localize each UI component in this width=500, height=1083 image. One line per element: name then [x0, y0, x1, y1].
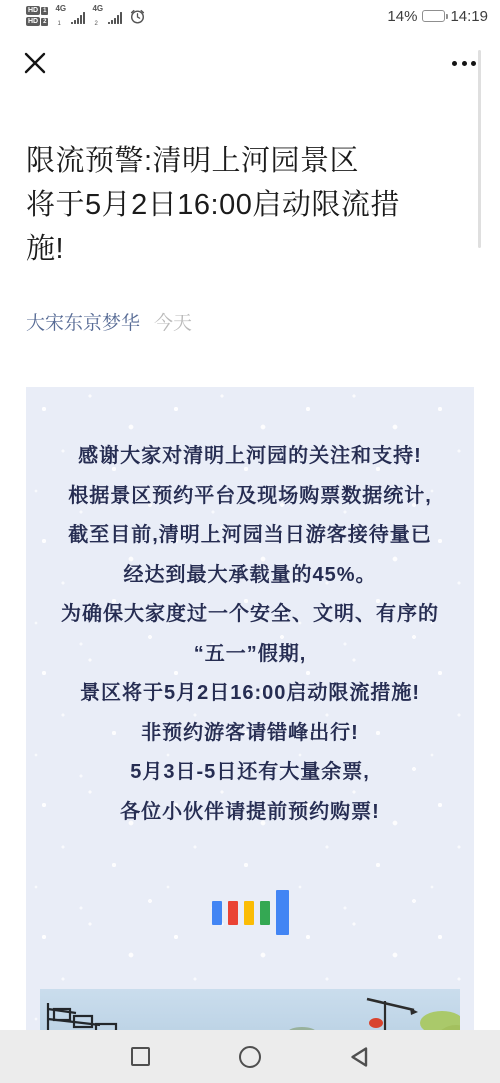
more-icon — [452, 61, 457, 66]
hd-volte-icons: HD 1 HD 2 — [26, 6, 48, 26]
hd-icon-sim1: HD 1 — [26, 6, 48, 15]
hd-sim-number: 2 — [41, 18, 48, 26]
publish-date: 今天 — [154, 308, 192, 335]
status-bar: HD 1 HD 2 4G 1 4G 2 — [0, 0, 500, 32]
notice-line: 根据景区预约平台及现场购票数据统计, — [40, 477, 460, 517]
battery-icon — [422, 10, 445, 22]
close-icon — [22, 50, 48, 76]
loading-bar — [260, 901, 270, 925]
network-type-label: 4G — [55, 5, 66, 13]
notice-line: 截至目前,清明上河园当日游客接待量已 — [40, 516, 460, 556]
loading-bar — [244, 901, 254, 925]
hd-label: HD — [26, 6, 40, 15]
notice-card: 感谢大家对清明上河园的关注和支持! 根据景区预约平台及现场购票数据统计, 截至目… — [26, 387, 474, 1083]
back-triangle-icon — [348, 1045, 372, 1069]
nav-back-button[interactable] — [347, 1044, 373, 1070]
author-link[interactable]: 大宋东京梦华 — [26, 308, 140, 335]
notice-line: 5月3日-5日还有大量余票, — [40, 753, 460, 793]
notice-line: 为确保大家度过一个安全、文明、有序的 — [40, 595, 460, 635]
webview-header — [0, 32, 500, 94]
sim-number: 1 — [57, 21, 60, 27]
loading-bar — [276, 890, 289, 935]
notice-line: 非预约游客请错峰出行! — [40, 714, 460, 754]
byline: 大宋东京梦华 今天 — [26, 308, 474, 335]
loading-bar — [212, 901, 222, 925]
signal-bars-icon — [108, 12, 122, 24]
alarm-clock-icon — [129, 8, 146, 25]
title-line: 施! — [26, 227, 474, 271]
close-button[interactable] — [20, 48, 50, 78]
scrollbar-thumb[interactable] — [478, 50, 481, 248]
nav-recents-button[interactable] — [127, 1044, 153, 1070]
hd-label: HD — [26, 17, 40, 26]
clock-time: 14:19 — [450, 8, 488, 25]
signal-bars-icon — [71, 12, 85, 24]
more-menu-button[interactable] — [452, 51, 476, 76]
loading-bars-graphic — [40, 890, 460, 935]
android-nav-bar — [0, 1030, 500, 1083]
notice-line: 感谢大家对清明上河园的关注和支持! — [40, 437, 460, 477]
phone-screen: HD 1 HD 2 4G 1 4G 2 — [0, 0, 500, 1083]
hd-sim-number: 1 — [41, 7, 48, 15]
notice-text: 感谢大家对清明上河园的关注和支持! 根据景区预约平台及现场购票数据统计, 截至目… — [40, 437, 460, 832]
home-circle-icon — [239, 1046, 261, 1068]
nav-home-button[interactable] — [237, 1044, 263, 1070]
article-title: 限流预警:清明上河园景区 将于5月2日16:00启动限流措 施! — [26, 139, 474, 271]
sim-number: 2 — [94, 21, 97, 27]
hd-icon-sim2: HD 2 — [26, 17, 48, 26]
notice-line: 景区将于5月2日16:00启动限流措施! — [40, 674, 460, 714]
signal-icon-sim1: 4G 1 — [55, 5, 85, 27]
title-line: 将于5月2日16:00启动限流措 — [26, 183, 474, 227]
recents-square-icon — [131, 1047, 150, 1066]
title-line: 限流预警:清明上河园景区 — [26, 139, 474, 183]
battery-percent-text: 14% — [387, 8, 417, 25]
signal-icon-sim2: 4G 2 — [92, 5, 122, 27]
notice-line: 各位小伙伴请提前预约购票! — [40, 793, 460, 833]
notice-line: “五一”假期, — [40, 635, 460, 675]
loading-bar — [228, 901, 238, 925]
notice-line: 经达到最大承载量的45%。 — [40, 556, 460, 596]
network-type-label: 4G — [92, 5, 103, 13]
